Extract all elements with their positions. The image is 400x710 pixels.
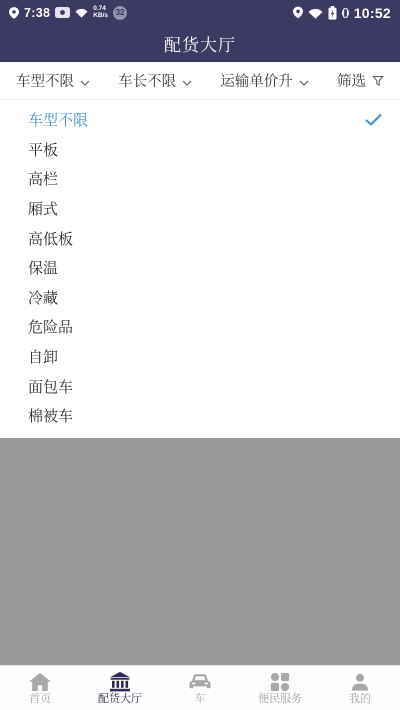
network-speed-unit: KB/s <box>93 13 108 20</box>
filter-vehicle-type-label: 车型不限 <box>16 70 74 91</box>
status-time-left: 7:38 <box>24 6 50 20</box>
dropdown-option-label: 冷藏 <box>28 287 58 308</box>
network-speed: 0.74 KB/s <box>93 6 108 19</box>
dropdown-option-quilt-truck[interactable]: 棉被车 <box>0 401 400 431</box>
dropdown-option-flatbed[interactable]: 平板 <box>0 135 400 165</box>
tab-home[interactable]: 首页 <box>0 666 80 710</box>
tab-car[interactable]: 车 <box>160 666 240 710</box>
filter-vehicle-length-label: 车长不限 <box>118 70 176 91</box>
status-left: 7:38 0.74 KB/s 32 <box>9 6 127 20</box>
filter-vehicle-length[interactable]: 车长不限 <box>118 70 192 91</box>
wifi-small-icon <box>75 7 88 18</box>
dropdown-option-refrigerated[interactable]: 冷藏 <box>0 283 400 313</box>
filter-price-sort-label: 运输单价升 <box>220 70 293 91</box>
funnel-icon <box>372 75 384 87</box>
profile-icon <box>349 672 371 692</box>
bank-icon <box>108 672 132 692</box>
tab-home-label: 首页 <box>29 694 51 705</box>
title-bar: 配货大厅 <box>0 25 400 62</box>
bottom-tab-bar: 首页 配货大厅 <box>0 665 400 710</box>
filter-bar: 车型不限 车长不限 运输单价升 筛选 <box>0 62 400 100</box>
dropdown-option-label: 高低板 <box>28 228 73 249</box>
status-right: 10:52 <box>293 5 391 21</box>
vehicle-type-dropdown: 车型不限 平板 高栏 厢式 高低板 保温 冷藏 危险品 自卸 面包 <box>0 100 400 438</box>
dropdown-option-van[interactable]: 面包车 <box>0 371 400 401</box>
notification-count-badge: 32 <box>113 6 127 20</box>
tab-profile-label: 我的 <box>349 694 371 705</box>
dropdown-option-box[interactable]: 厢式 <box>0 194 400 224</box>
dropdown-option-label: 车型不限 <box>28 109 88 130</box>
chevron-down-icon <box>299 74 309 90</box>
chevron-down-icon <box>80 74 90 90</box>
tab-cargo-hall-label: 配货大厅 <box>98 694 142 705</box>
tab-cargo-hall[interactable]: 配货大厅 <box>80 666 160 710</box>
tab-services-label: 便民服务 <box>258 694 302 705</box>
services-icon <box>269 672 291 692</box>
wifi-icon <box>308 7 323 19</box>
location-shield-icon <box>9 7 19 19</box>
dropdown-option-label: 棉被车 <box>28 405 73 426</box>
home-icon <box>28 672 52 692</box>
dropdown-option-label: 厢式 <box>28 198 58 219</box>
dropdown-option-label: 面包车 <box>28 376 73 397</box>
dropdown-option-label: 高栏 <box>28 168 58 189</box>
dropdown-option-label: 保温 <box>28 257 58 278</box>
check-icon <box>365 113 382 126</box>
dropdown-option-dump[interactable]: 自卸 <box>0 342 400 372</box>
dropdown-scrim-overlay[interactable] <box>0 438 400 665</box>
tab-services[interactable]: 便民服务 <box>240 666 320 710</box>
filter-vehicle-type[interactable]: 车型不限 <box>16 70 90 91</box>
page-title: 配货大厅 <box>164 31 236 56</box>
dropdown-option-label: 平板 <box>28 139 58 160</box>
dropdown-option-high-low-board[interactable]: 高低板 <box>0 223 400 253</box>
dropdown-option-any-type[interactable]: 车型不限 <box>0 105 400 135</box>
tab-car-label: 车 <box>195 694 206 705</box>
gps-pin-icon <box>293 6 303 19</box>
car-icon <box>187 672 213 692</box>
chevron-down-icon <box>182 74 192 90</box>
filter-price-sort[interactable]: 运输单价升 <box>220 70 309 91</box>
status-time-right: 10:52 <box>354 5 391 21</box>
tab-profile[interactable]: 我的 <box>320 666 400 710</box>
dropdown-option-label: 自卸 <box>28 346 58 367</box>
filter-advanced-label: 筛选 <box>337 70 366 91</box>
filter-advanced[interactable]: 筛选 <box>337 70 384 91</box>
dropdown-option-label: 危险品 <box>28 316 73 337</box>
status-bar: 7:38 0.74 KB/s 32 <box>0 0 400 25</box>
dropdown-option-dangerous-goods[interactable]: 危险品 <box>0 312 400 342</box>
vibrate-icon <box>342 8 349 18</box>
battery-charging-icon <box>328 6 337 20</box>
camera-icon <box>55 7 70 18</box>
dropdown-option-insulated[interactable]: 保温 <box>0 253 400 283</box>
dropdown-option-high-rail[interactable]: 高栏 <box>0 164 400 194</box>
app-screen: 7:38 0.74 KB/s 32 <box>0 0 400 710</box>
